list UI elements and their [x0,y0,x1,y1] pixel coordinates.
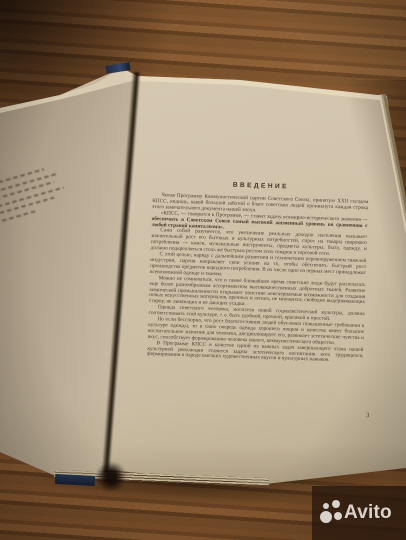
avito-logo-icon [320,500,342,526]
book-photo: ВВЕДЕНИЕ Читая Программу Коммунистическо… [0,0,406,540]
introduction-text-block: ВВЕДЕНИЕ Читая Программу Коммунистическо… [147,179,369,365]
book-gutter-shadow [96,462,126,492]
book-cover-edge-bottom [55,474,95,486]
page-number: 3 [366,412,369,419]
avito-watermark: Avito [312,486,406,540]
avito-label: Avito [344,502,392,524]
